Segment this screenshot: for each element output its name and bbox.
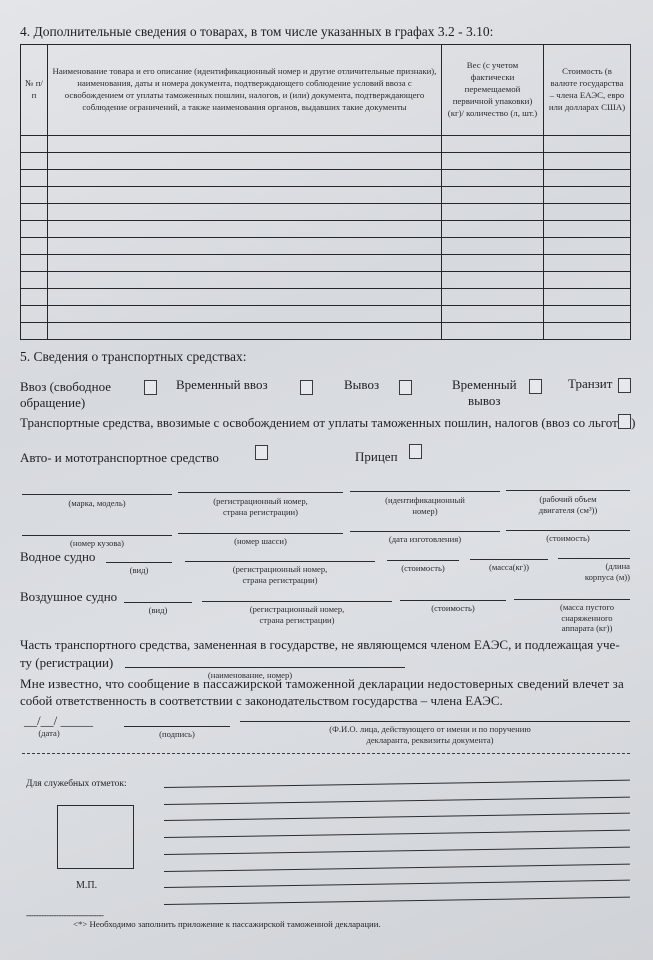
checkbox-temporary-import[interactable] (300, 380, 313, 395)
table-cell[interactable] (48, 255, 442, 272)
trailer-label: Прицеп (355, 449, 398, 465)
table-cell[interactable] (544, 306, 631, 323)
water-mass-caption: (масса(кг)) (470, 562, 548, 573)
table-cell[interactable] (442, 187, 544, 204)
table-cell[interactable] (544, 221, 631, 238)
water-cost-caption: (стоимость) (387, 563, 459, 574)
table-cell[interactable] (48, 204, 442, 221)
table-cell[interactable] (544, 255, 631, 272)
water-length-field[interactable] (558, 558, 630, 559)
official-mark-line[interactable] (164, 780, 630, 788)
table-cell[interactable] (544, 153, 631, 170)
air-type-caption: (вид) (124, 605, 192, 616)
water-length-caption: (длина корпуса (м)) (558, 561, 630, 582)
manufacture-date-field[interactable] (350, 531, 500, 532)
checkbox-auto-vehicle[interactable] (255, 445, 268, 460)
option-free-circulation-label: Ввоз (свободное обращение) (20, 379, 111, 411)
table-cell[interactable] (48, 306, 442, 323)
table-cell[interactable] (442, 255, 544, 272)
official-mark-line[interactable] (164, 796, 630, 804)
table-row (21, 221, 631, 238)
table-cell[interactable] (544, 187, 631, 204)
table-cell[interactable] (21, 187, 48, 204)
water-reg-caption: (регистрационный номер, страна регистрац… (185, 564, 375, 585)
air-reg-caption: (регистрационный номер, страна регистрац… (202, 604, 392, 625)
table-cell[interactable] (544, 272, 631, 289)
table-cell[interactable] (544, 136, 631, 153)
make-model-field[interactable] (22, 494, 172, 495)
air-cost-field[interactable] (400, 600, 506, 601)
table-cell[interactable] (48, 272, 442, 289)
table-cell[interactable] (21, 136, 48, 153)
reg-number-caption: (регистрационный номер, страна регистрац… (178, 496, 343, 517)
water-reg-field[interactable] (185, 561, 375, 562)
option-transit-label: Транзит (568, 376, 612, 392)
signature-caption: (подпись) (124, 729, 230, 740)
column-header: Стоимость (в валюте государства – члена … (544, 45, 631, 136)
table-cell[interactable] (48, 153, 442, 170)
table-row (21, 238, 631, 255)
option-temporary-import-label: Временный ввоз (176, 377, 268, 393)
option-temporary-export-label: Временный вывоз (452, 377, 517, 409)
table-cell[interactable] (21, 289, 48, 306)
declaration-text-line1: Мне известно, что сообщение в пассажирск… (20, 676, 624, 692)
reg-number-field[interactable] (178, 492, 343, 493)
table-cell[interactable] (21, 255, 48, 272)
stamp-label: М.П. (76, 880, 97, 891)
table-cell[interactable] (21, 272, 48, 289)
section-4-title: 4. Дополнительные сведения о товарах, в … (20, 24, 493, 40)
air-cost-caption: (стоимость) (400, 603, 506, 614)
body-number-field[interactable] (22, 535, 172, 536)
table-cell[interactable] (48, 136, 442, 153)
stamp-box (57, 805, 134, 869)
official-mark-line[interactable] (164, 846, 630, 854)
dashed-separator (22, 753, 630, 754)
table-cell[interactable] (442, 323, 544, 340)
table-cell[interactable] (21, 306, 48, 323)
water-vessel-label: Водное судно (20, 549, 95, 565)
official-mark-line[interactable] (164, 863, 630, 871)
table-cell[interactable] (21, 238, 48, 255)
table-cell[interactable] (544, 170, 631, 187)
table-cell[interactable] (442, 136, 544, 153)
exempt-vehicles-label: Транспортные средства, ввозимые с освобо… (20, 415, 635, 431)
table-row (21, 306, 631, 323)
table-row (21, 289, 631, 306)
official-marks-label: Для служебных отметок: (26, 779, 127, 789)
water-type-field[interactable] (106, 562, 172, 563)
declarant-name-caption: (Ф.И.О. лица, действующего от имени и по… (280, 724, 580, 745)
checkbox-exempt-vehicles[interactable] (618, 414, 631, 429)
water-mass-field[interactable] (470, 559, 548, 560)
table-cell[interactable] (48, 323, 442, 340)
table-cell[interactable] (48, 187, 442, 204)
table-cell[interactable] (442, 221, 544, 238)
air-mass-caption: (масса пустого снаряженного аппарата (кг… (544, 602, 630, 634)
table-cell[interactable] (442, 289, 544, 306)
table-row (21, 323, 631, 340)
table-cell[interactable] (442, 170, 544, 187)
auto-cost-caption: (стоимость) (506, 533, 630, 544)
official-mark-line[interactable] (164, 830, 630, 838)
official-mark-line[interactable] (164, 813, 630, 821)
replaced-part-field[interactable] (125, 667, 405, 668)
table-row (21, 170, 631, 187)
table-row (21, 255, 631, 272)
manufacture-date-caption: (дата изготовления) (350, 534, 500, 545)
checkbox-free-circulation[interactable] (144, 380, 157, 395)
table-row (21, 187, 631, 204)
table-cell[interactable] (48, 170, 442, 187)
footnote-text: <*> Необходимо заполнить приложение к па… (73, 919, 381, 929)
table-cell[interactable] (21, 323, 48, 340)
table-row (21, 153, 631, 170)
table-cell[interactable] (21, 221, 48, 238)
table-cell[interactable] (442, 204, 544, 221)
table-cell[interactable] (442, 153, 544, 170)
table-cell[interactable] (544, 289, 631, 306)
auto-vehicle-label: Авто- и мототранспортное средство (20, 450, 219, 466)
table-cell[interactable] (48, 221, 442, 238)
table-cell[interactable] (442, 272, 544, 289)
water-type-caption: (вид) (106, 565, 172, 576)
table-cell[interactable] (21, 153, 48, 170)
chassis-number-field[interactable] (178, 533, 343, 534)
date-field[interactable]: __/__/ _____ (24, 713, 93, 729)
chassis-number-caption: (номер шасси) (178, 536, 343, 547)
table-row (21, 136, 631, 153)
body-number-caption: (номер кузова) (22, 538, 172, 549)
option-export-label: Вывоз (344, 377, 379, 393)
checkbox-trailer[interactable] (409, 444, 422, 459)
air-mass-field[interactable] (514, 599, 630, 600)
table-row (21, 272, 631, 289)
goods-table: № п/пНаименование товара и его описание … (20, 44, 631, 340)
vin-field[interactable] (350, 491, 500, 492)
replaced-part-text-line2: ту (регистрации) (20, 655, 113, 671)
checkbox-export[interactable] (399, 380, 412, 395)
signature-field[interactable] (124, 726, 230, 727)
official-mark-line[interactable] (164, 880, 630, 888)
air-reg-field[interactable] (202, 601, 392, 602)
water-cost-field[interactable] (387, 560, 459, 561)
table-cell[interactable] (544, 323, 631, 340)
checkbox-transit[interactable] (618, 378, 631, 393)
air-type-field[interactable] (124, 602, 192, 603)
table-cell[interactable] (48, 289, 442, 306)
vin-caption: (идентификационный номер) (350, 495, 500, 516)
table-row (21, 204, 631, 221)
checkbox-temporary-export[interactable] (529, 379, 542, 394)
engine-volume-field[interactable] (506, 490, 630, 491)
declarant-name-field[interactable] (240, 721, 630, 722)
table-cell[interactable] (544, 204, 631, 221)
column-header: Вес (с учетом фактически перемещаемой пе… (442, 45, 544, 136)
table-cell[interactable] (442, 306, 544, 323)
table-cell[interactable] (21, 170, 48, 187)
date-caption: (дата) (24, 728, 74, 739)
column-header: Наименование товара и его описание (иден… (48, 45, 442, 136)
section-5-title: 5. Сведения о транспортных средствах: (20, 349, 247, 365)
official-mark-line[interactable] (164, 897, 630, 905)
table-cell[interactable] (21, 204, 48, 221)
column-header: № п/п (21, 45, 48, 136)
replaced-part-text-line1: Часть транспортного средства, замененная… (20, 637, 620, 653)
table-cell[interactable] (48, 238, 442, 255)
make-model-caption: (марка, модель) (22, 498, 172, 509)
declaration-text-line2: собой ответственность в соответствии с з… (20, 693, 503, 709)
table-cell[interactable] (442, 238, 544, 255)
engine-volume-caption: (рабочий объем двигателя (см³)) (506, 494, 630, 515)
auto-cost-field[interactable] (506, 530, 630, 531)
air-vessel-label: Воздушное судно (20, 589, 117, 605)
table-cell[interactable] (544, 238, 631, 255)
